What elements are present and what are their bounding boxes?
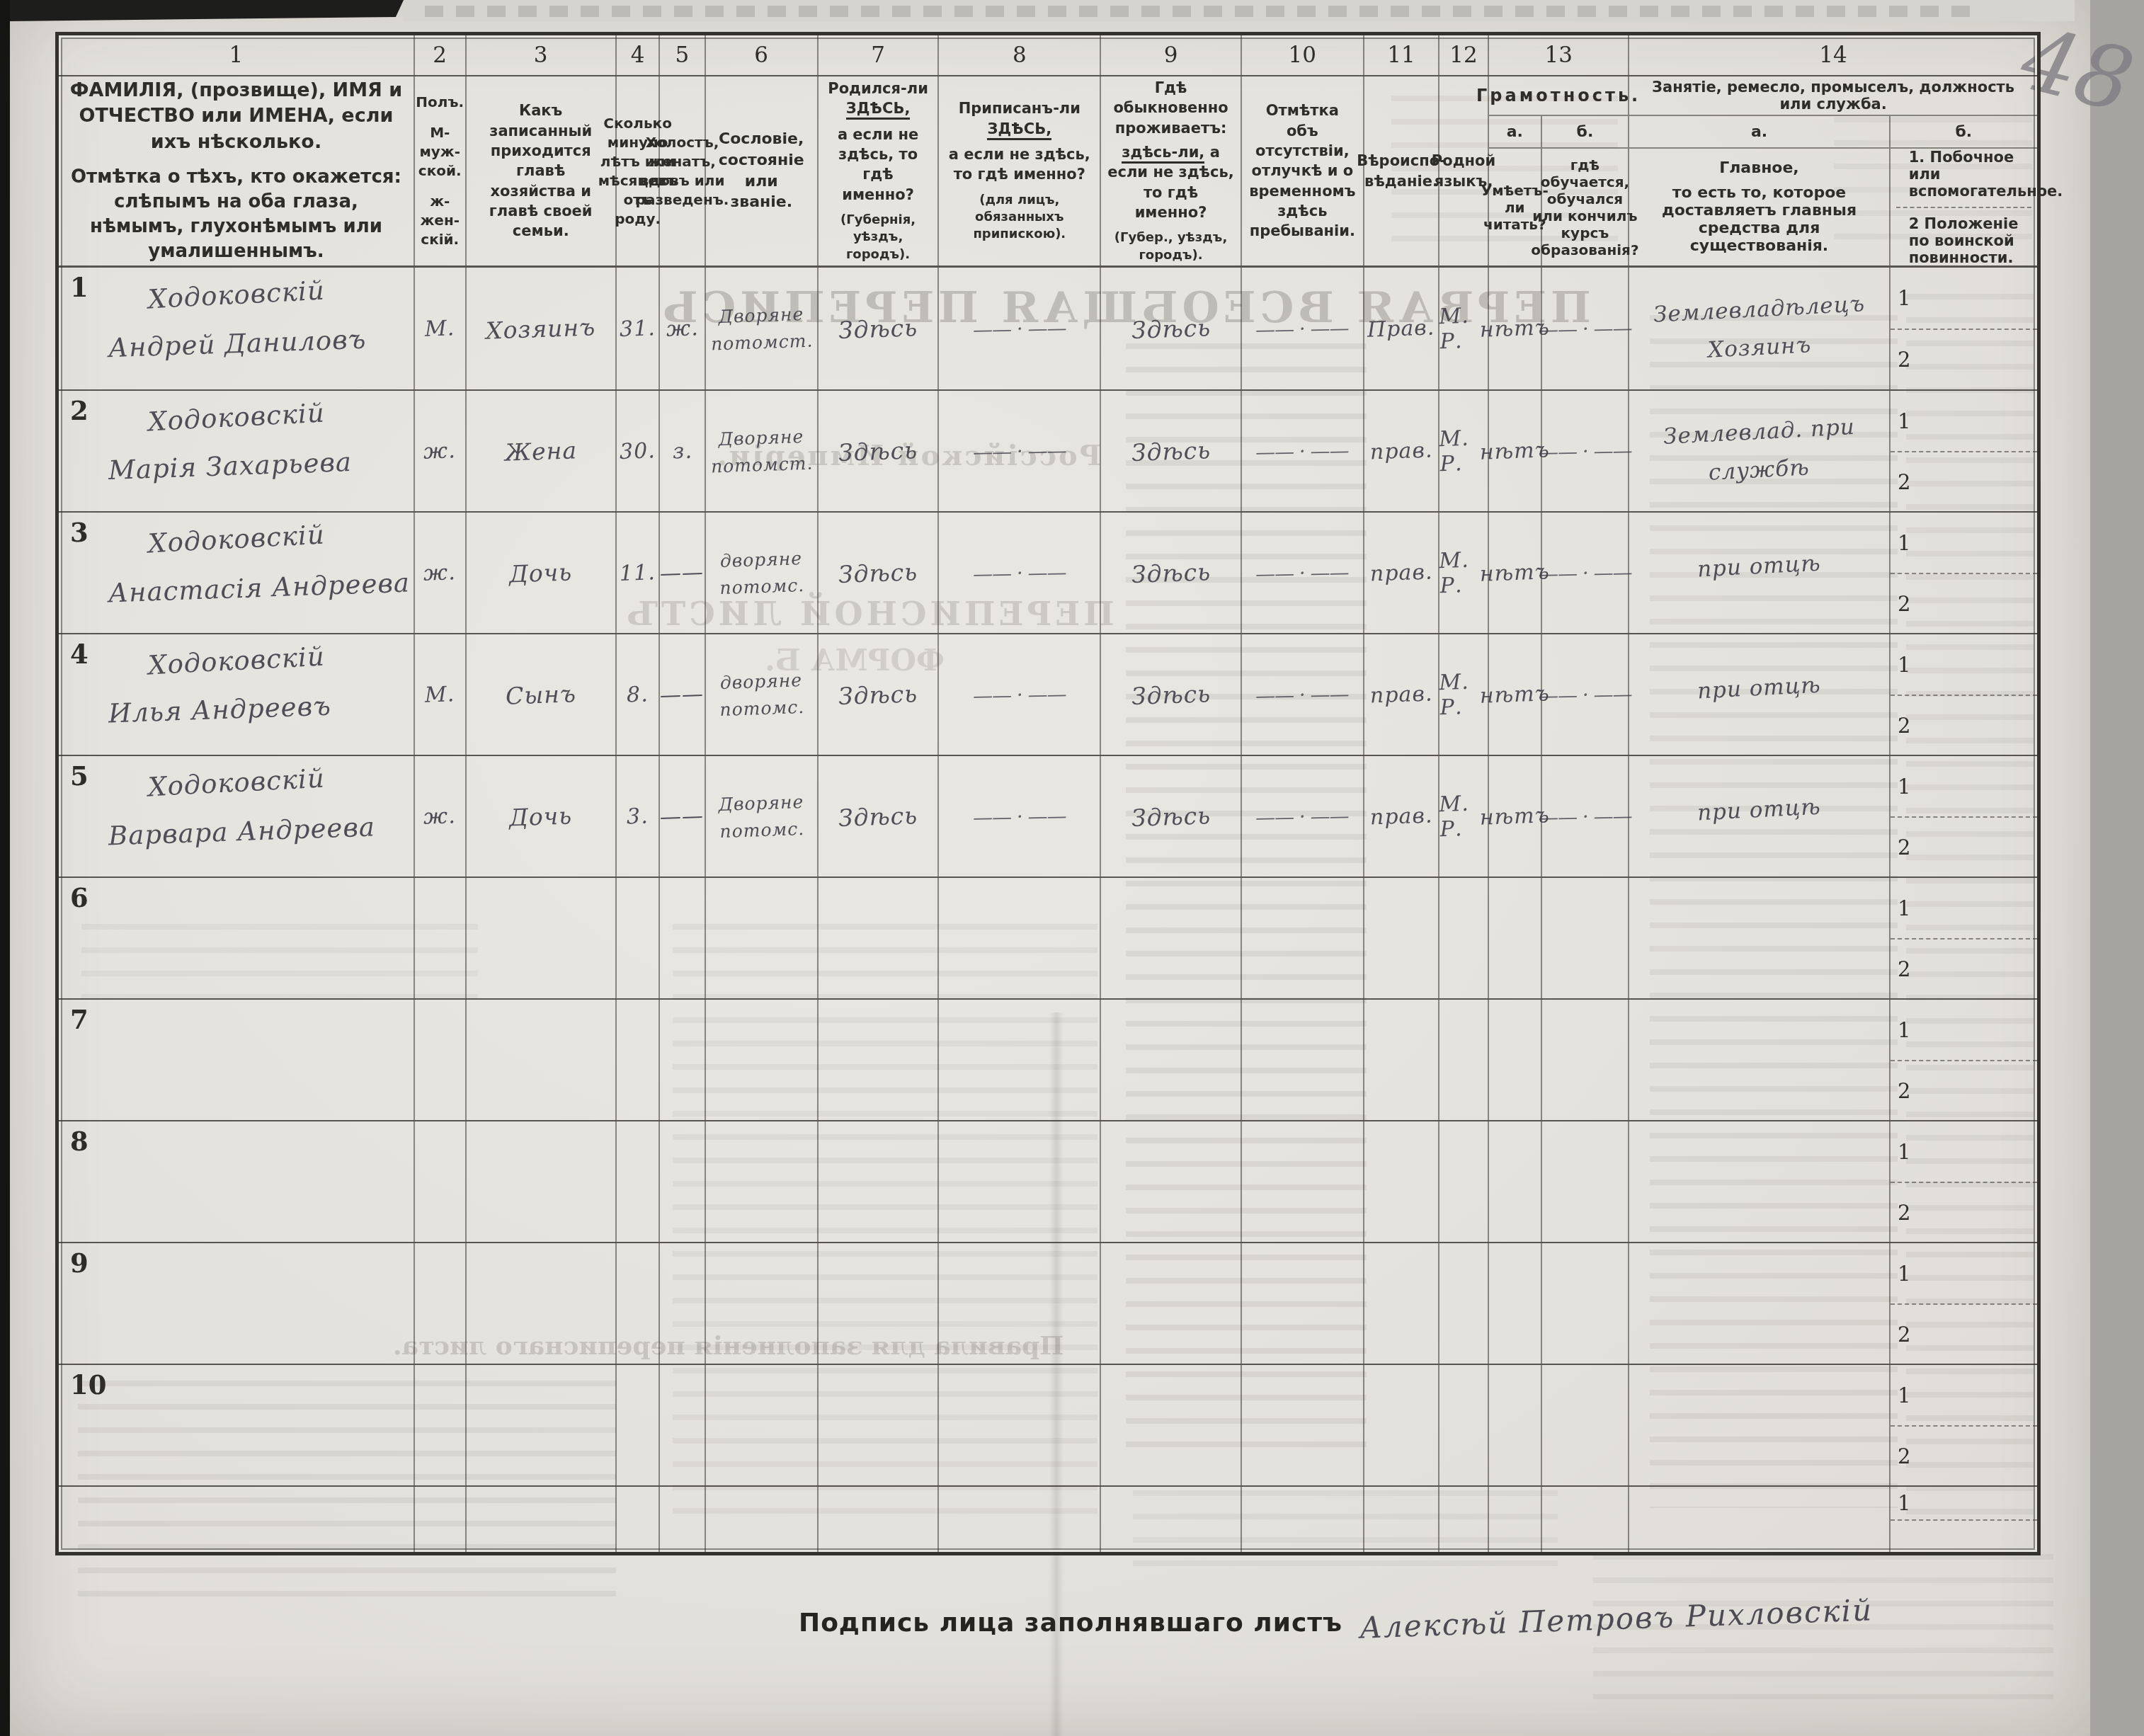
cell-absence: —— · —— — [1242, 513, 1364, 633]
header-absence-column: Отмѣтка объ отсутствіи, отлучкѣ и о врем… — [1242, 76, 1364, 265]
cell-education: —— · —— — [1542, 756, 1629, 876]
cell-side-occupation: 1 — [1891, 1487, 2037, 1552]
cell-reads — [1489, 1000, 1542, 1120]
entry-education: —— · —— — [1539, 438, 1632, 463]
entry-estate: Дворяне потомст. — [705, 423, 818, 479]
entry-residence: Здѣсь — [1131, 680, 1211, 710]
column-titles-row: ФАМИЛІЯ, (прозвище), ИМЯ и ОТЧЕСТВО или … — [59, 76, 2037, 265]
cell-language — [1439, 1243, 1489, 1364]
header-occupation-a-text: Главное, то есть то, которое доставляетъ… — [1629, 149, 1890, 265]
entry-sex: М. — [424, 682, 455, 707]
cell-birthplace — [819, 1243, 939, 1364]
cell-name: 10 — [59, 1365, 415, 1485]
printed-digit-1: 1 — [1891, 1491, 1910, 1515]
side-occupation-lower — [1891, 1519, 2037, 1552]
cell-residence — [1101, 1487, 1241, 1552]
header-sex-title: Полъ. — [416, 93, 464, 112]
col-number-2: 2 — [415, 35, 467, 75]
header-reg-pre: Приписанъ-ли — [959, 100, 1080, 117]
cell-occupation — [1629, 878, 1891, 998]
printed-digit-1: 1 — [1891, 896, 1910, 920]
row-number: 6 — [70, 882, 89, 913]
header-relation-column: Какъ записанный приходится главѣ хозяйст… — [467, 76, 617, 265]
cell-name: 1 Ходоковскій Андрей Даниловъ — [59, 268, 415, 389]
entry-residence: Здѣсь — [1131, 314, 1211, 344]
header-occupation-group: Занятіе, ремесло, промыселъ, должность и… — [1629, 76, 2037, 265]
printed-digit-1: 1 — [1891, 1383, 1910, 1407]
cell-estate — [706, 1121, 819, 1242]
row-number: 8 — [70, 1126, 89, 1157]
cell-occupation — [1629, 1487, 1891, 1552]
cell-side-occupation: 1 2 — [1891, 1000, 2037, 1120]
entry-marital: —— — [660, 559, 705, 586]
cell-education: —— · —— — [1542, 513, 1629, 633]
cell-education: —— · —— — [1542, 268, 1629, 389]
printed-digit-1: 1 — [1891, 1262, 1910, 1286]
header-occupation-desc: Главное, то есть то, которое доставляетъ… — [1629, 149, 2037, 265]
col-number-13: 13 — [1489, 35, 1629, 75]
header-name-note: Отмѣтка о тѣхъ, кто окажется: слѣпымъ на… — [64, 165, 408, 264]
side-occupation-lower: 2 — [1891, 816, 2037, 876]
table-row: 3 Ходоковскій Анастасія Андреева ж. Дочь… — [59, 511, 2037, 633]
entry-surname: Ходоковскій — [147, 275, 326, 314]
table-row: 2 Ходоковскій Марія Захарьева ж. Жена 30… — [59, 389, 2037, 511]
cell-estate: Дворяне потомст. — [706, 391, 819, 511]
printed-digit-1: 1 — [1891, 1140, 1910, 1164]
header-born-here: ЗДѢСЬ, — [846, 100, 911, 120]
cell-birthplace — [819, 878, 939, 998]
cell-religion — [1364, 878, 1439, 998]
entry-relation: Дочь — [508, 558, 573, 588]
side-occupation-upper: 1 — [1891, 1365, 2037, 1425]
printed-digit-2: 2 — [1891, 835, 1910, 860]
cell-sex: ж. — [415, 756, 467, 876]
cell-residence: Здѣсь — [1101, 268, 1241, 389]
entry-sex: ж. — [423, 804, 457, 830]
cell-registered: —— · —— — [939, 268, 1101, 389]
entry-registered: —— · —— — [973, 560, 1066, 585]
side-occupation-upper: 1 — [1891, 634, 2037, 695]
header-literacy-a: а. — [1489, 116, 1542, 147]
side-occupation-lower: 2 — [1891, 1182, 2037, 1242]
cell-age — [617, 1121, 660, 1242]
col-number-7: 7 — [819, 35, 939, 75]
cell-sex — [415, 1000, 467, 1120]
printed-digit-2: 2 — [1891, 470, 1910, 494]
row-number: 5 — [70, 760, 89, 792]
cell-estate — [706, 1487, 819, 1552]
entry-residence: Здѣсь — [1131, 801, 1211, 832]
header-name-main: ФАМИЛІЯ, (прозвище), ИМЯ и ОТЧЕСТВО или … — [64, 78, 408, 155]
printed-digit-1: 1 — [1891, 409, 1910, 433]
cell-age: 11. — [617, 513, 660, 633]
header-born-rest: а если не здѣсь, то гдѣ именно? — [824, 125, 932, 205]
cell-marital — [660, 1487, 705, 1552]
header-occupation-a: а. — [1629, 116, 1890, 147]
entry-birthplace: Здѣсь — [838, 680, 918, 710]
cell-reads: нѣтъ — [1489, 513, 1542, 633]
cell-residence: Здѣсь — [1101, 391, 1241, 511]
cell-education: —— · —— — [1542, 391, 1629, 511]
table-row: 10 — [59, 1364, 2037, 1485]
entry-religion: прав. — [1369, 438, 1433, 464]
entry-religion: прав. — [1369, 681, 1433, 708]
cell-estate: Дворяне потомс. — [706, 756, 819, 876]
header-literacy-b-text: гдѣ обучается, обучался или кончилъ курс… — [1542, 149, 1629, 265]
entry-surname: Ходоковскій — [147, 763, 326, 802]
entry-sex: М. — [424, 316, 455, 341]
cell-marital — [660, 1365, 705, 1485]
cell-side-occupation: 1 2 — [1891, 513, 2037, 633]
header-occupation-b-text: 1. Побочное или вспомогательное. 2 Полож… — [1891, 149, 2037, 265]
cell-birthplace: Здѣсь — [819, 268, 939, 389]
header-res-line1: Гдѣ обыкновенно проживаетъ: — [1107, 78, 1234, 138]
row-number: 9 — [70, 1247, 89, 1279]
header-religion-column: Вѣроиспо-вѣданіе. — [1364, 76, 1439, 265]
cell-side-occupation: 1 2 — [1891, 268, 2037, 389]
cell-religion — [1364, 1000, 1439, 1120]
entry-absence: —— · —— — [1255, 438, 1349, 463]
cell-occupation — [1629, 1365, 1891, 1485]
side-occupation-upper: 1 — [1891, 513, 2037, 573]
entry-birthplace: Здѣсь — [838, 558, 918, 588]
entry-age: 11. — [620, 560, 656, 586]
header-occ-side-item: 1. Побочное или вспомогательное. — [1891, 142, 2037, 207]
side-occupation-upper: 1 — [1891, 1243, 2037, 1303]
cell-reads: нѣтъ — [1489, 756, 1542, 876]
cell-relation — [467, 1243, 617, 1364]
entry-occupation-line2: службѣ — [1709, 455, 1811, 485]
col-number-6: 6 — [706, 35, 819, 75]
cell-registered — [939, 1000, 1101, 1120]
entry-occupation-line1: Землевладѣлецъ — [1653, 291, 1866, 328]
cell-name: 6 — [59, 878, 415, 998]
cell-residence: Здѣсь — [1101, 513, 1241, 633]
cell-education — [1542, 1365, 1629, 1485]
col-number-4: 4 — [617, 35, 660, 75]
cell-age: 3. — [617, 756, 660, 876]
cell-sex: ж. — [415, 513, 467, 633]
cell-relation — [467, 1365, 617, 1485]
entry-absence: —— · —— — [1255, 316, 1349, 341]
cell-name: 5 Ходоковскій Варвара Андреева — [59, 756, 415, 876]
cell-relation: Дочь — [467, 756, 617, 876]
entry-residence: Здѣсь — [1131, 436, 1211, 467]
side-occupation-upper: 1 — [1891, 878, 2037, 938]
col-number-9: 9 — [1101, 35, 1241, 75]
entry-education: —— · —— — [1539, 682, 1632, 707]
table-header: 1 2 3 4 5 6 7 8 9 10 11 12 13 14 ФАМИЛІЯ… — [59, 35, 2037, 268]
cell-age: 31. — [617, 268, 660, 389]
entry-education: —— · —— — [1539, 560, 1632, 585]
cell-residence — [1101, 878, 1241, 998]
cell-reads — [1489, 1365, 1542, 1485]
cell-birthplace: Здѣсь — [819, 513, 939, 633]
cell-age — [617, 1487, 660, 1552]
side-occupation-lower: 2 — [1891, 329, 2037, 389]
header-reg-paren: (для лицъ, обязанныхъ припискою). — [945, 192, 1094, 244]
cell-absence: —— · —— — [1242, 756, 1364, 876]
cell-side-occupation: 1 2 — [1891, 756, 2037, 876]
cell-absence: —— · —— — [1242, 391, 1364, 511]
header-birthplace-column: Родился-ли ЗДѢСЬ, а если не здѣсь, то гд… — [819, 76, 939, 265]
cell-residence: Здѣсь — [1101, 634, 1241, 755]
cell-relation — [467, 878, 617, 998]
entry-religion: прав. — [1369, 803, 1433, 830]
cell-marital: —— — [660, 513, 705, 633]
cell-age — [617, 1243, 660, 1364]
cell-marital: —— — [660, 756, 705, 876]
side-occupation-upper: 1 — [1891, 1121, 2037, 1182]
entry-estate: Дворяне потомст. — [705, 300, 818, 357]
column-numbers-row: 1 2 3 4 5 6 7 8 9 10 11 12 13 14 — [59, 35, 2037, 76]
cell-occupation — [1629, 1000, 1891, 1120]
cell-sex: М. — [415, 268, 467, 389]
entry-given-name: Марія Захарьева — [108, 447, 352, 486]
census-table: 1 2 3 4 5 6 7 8 9 10 11 12 13 14 ФАМИЛІЯ… — [55, 32, 2041, 1555]
cell-registered: —— · —— — [939, 391, 1101, 511]
table-row: 5 Ходоковскій Варвара Андреева ж. Дочь 3… — [59, 755, 2037, 876]
cell-estate: дворяне потомс. — [706, 634, 819, 755]
cell-registered — [939, 1243, 1101, 1364]
printed-digit-2: 2 — [1891, 592, 1910, 616]
table-row: 8 — [59, 1120, 2037, 1242]
cell-birthplace: Здѣсь — [819, 634, 939, 755]
cell-education — [1542, 1243, 1629, 1364]
printed-digit-2: 2 — [1891, 348, 1910, 372]
entry-occupation-line1: при отцѣ — [1697, 550, 1822, 582]
header-res-paren: (Губер., уѣздъ, городъ). — [1107, 229, 1234, 264]
adjacent-page-text-lines — [425, 6, 1983, 17]
entry-estate: Дворяне потомс. — [705, 788, 818, 845]
header-residence-column: Гдѣ обыкновенно проживаетъ: здѣсь-ли, а … — [1101, 76, 1241, 265]
entry-surname: Ходоковскій — [147, 397, 326, 437]
cell-reads — [1489, 1487, 1542, 1552]
printed-digit-2: 2 — [1891, 1444, 1910, 1468]
cell-occupation — [1629, 1243, 1891, 1364]
cell-birthplace: Здѣсь — [819, 756, 939, 876]
header-literacy-ab: а. б. — [1489, 116, 1628, 149]
entry-age: 8. — [627, 682, 649, 707]
cell-reads: нѣтъ — [1489, 634, 1542, 755]
side-occupation-upper: 1 — [1891, 391, 2037, 451]
cell-side-occupation: 1 2 — [1891, 1243, 2037, 1364]
entry-sex: ж. — [423, 560, 457, 586]
entry-relation: Сынъ — [505, 680, 576, 709]
entry-given-name: Илья Андреевъ — [108, 691, 331, 729]
cell-age — [617, 1365, 660, 1485]
cell-estate — [706, 878, 819, 998]
cell-side-occupation: 1 2 — [1891, 1365, 2037, 1485]
printed-digit-2: 2 — [1891, 1079, 1910, 1103]
cell-religion: прав. — [1364, 634, 1439, 755]
cell-absence — [1242, 1121, 1364, 1242]
header-sex-male: М-муж-ской. — [418, 123, 462, 181]
entry-sex: ж. — [423, 438, 457, 464]
cell-sex — [415, 878, 467, 998]
cell-occupation: Землевладѣлецъ Хозяинъ — [1629, 268, 1891, 389]
cell-name: 3 Ходоковскій Анастасія Андреева — [59, 513, 415, 633]
cell-language — [1439, 1365, 1489, 1485]
col-number-10: 10 — [1242, 35, 1364, 75]
entry-residence: Здѣсь — [1131, 558, 1211, 588]
cell-side-occupation: 1 2 — [1891, 634, 2037, 755]
header-literacy-b: б. — [1542, 116, 1629, 147]
cell-occupation: при отцѣ — [1629, 513, 1891, 633]
header-estate-column: Сословіе, состояніе или званіе. — [706, 76, 819, 265]
cell-registered — [939, 1121, 1101, 1242]
cell-occupation: Землевлад. при службѣ — [1629, 391, 1891, 511]
cell-education — [1542, 878, 1629, 998]
table-row: 9 — [59, 1242, 2037, 1364]
entry-relation: Жена — [504, 436, 577, 467]
cell-absence — [1242, 1000, 1364, 1120]
header-reg-here: ЗДѢСЬ, — [987, 120, 1051, 140]
header-born-paren: (Губернія, уѣздъ, городъ). — [824, 212, 932, 263]
cell-absence — [1242, 1365, 1364, 1485]
entry-estate: дворяне потомс. — [705, 666, 818, 723]
cell-residence — [1101, 1365, 1241, 1485]
entry-given-name: Варвара Андреева — [108, 811, 375, 851]
cell-marital — [660, 1000, 705, 1120]
cell-language — [1439, 1487, 1489, 1552]
cell-language — [1439, 878, 1489, 998]
entry-relation: Хозяинъ — [485, 313, 595, 344]
cell-estate — [706, 1365, 819, 1485]
cell-residence — [1101, 1243, 1241, 1364]
entry-surname: Ходоковскій — [147, 519, 326, 559]
entry-birthplace: Здѣсь — [838, 436, 918, 467]
col-number-8: 8 — [939, 35, 1101, 75]
header-born-pre: Родился-ли — [828, 80, 928, 97]
header-registered-column: Приписанъ-ли ЗДѢСЬ, а если не здѣсь, то … — [939, 76, 1101, 265]
cell-reads — [1489, 878, 1542, 998]
header-literacy-desc: Умѣетъ-ли читать? гдѣ обучается, обучалс… — [1489, 149, 1628, 265]
entry-marital: —— — [660, 803, 705, 829]
cell-occupation: при отцѣ — [1629, 634, 1891, 755]
header-occ-main-rest: то есть то, которое доставляетъ главныя … — [1635, 184, 1883, 255]
side-occupation-lower: 2 — [1891, 1060, 2037, 1120]
col-number-12: 12 — [1439, 35, 1489, 75]
entry-birthplace: Здѣсь — [838, 801, 918, 832]
entry-marital: з. — [672, 438, 692, 464]
cell-education — [1542, 1121, 1629, 1242]
entry-occupation-line2: Хозяинъ — [1707, 332, 1812, 363]
entry-age: 30. — [620, 438, 656, 464]
cell-registered: —— · —— — [939, 634, 1101, 755]
cell-relation — [467, 1000, 617, 1120]
scan-edge-left — [0, 0, 10, 1736]
cell-sex — [415, 1121, 467, 1242]
cell-reads — [1489, 1121, 1542, 1242]
cell-registered — [939, 878, 1101, 998]
printed-digit-1: 1 — [1891, 775, 1910, 799]
col-number-5: 5 — [660, 35, 705, 75]
cell-birthplace — [819, 1000, 939, 1120]
row-number: 2 — [70, 395, 89, 426]
cell-age — [617, 878, 660, 998]
cell-name — [59, 1487, 415, 1552]
entry-given-name: Андрей Даниловъ — [108, 324, 367, 364]
printed-digit-2: 2 — [1891, 714, 1910, 738]
signature-row: Подпись лица заполнявшаго листъ Алексѣй … — [799, 1609, 1873, 1638]
cell-estate — [706, 1243, 819, 1364]
cell-name: 9 — [59, 1243, 415, 1364]
cell-estate: дворяне потомс. — [706, 513, 819, 633]
entry-absence: —— · —— — [1255, 804, 1349, 828]
header-reg-rest: а если не здѣсь, то гдѣ именно? — [945, 144, 1094, 185]
cell-sex: М. — [415, 634, 467, 755]
cell-reads: нѣтъ — [1489, 268, 1542, 389]
cell-marital: з. — [660, 391, 705, 511]
entry-registered: —— · —— — [973, 316, 1066, 341]
table-body: 1 Ходоковскій Андрей Даниловъ М. Хозяинъ… — [59, 268, 2037, 1552]
cell-relation: Дочь — [467, 513, 617, 633]
cell-birthplace — [819, 1121, 939, 1242]
entry-marital: —— — [660, 681, 705, 707]
entry-registered: —— · —— — [973, 804, 1066, 828]
cell-residence: Здѣсь — [1101, 756, 1241, 876]
cell-name: 7 — [59, 1000, 415, 1120]
cell-religion: Прав. — [1364, 268, 1439, 389]
cell-age: 30. — [617, 391, 660, 511]
cell-registered: —— · —— — [939, 513, 1101, 633]
cell-birthplace — [819, 1365, 939, 1485]
entry-religion: прав. — [1369, 559, 1433, 586]
entry-registered: —— · —— — [973, 682, 1066, 707]
header-res-here: здѣсь-ли, — [1122, 144, 1204, 164]
row-number: 4 — [70, 639, 89, 670]
cell-marital: ж. — [660, 268, 705, 389]
col-number-3: 3 — [467, 35, 617, 75]
cell-marital — [660, 1121, 705, 1242]
cell-relation: Хозяинъ — [467, 268, 617, 389]
entry-religion: Прав. — [1367, 315, 1435, 342]
header-sex-column: Полъ. М-муж-ской. ж-жен-скій. — [415, 76, 467, 265]
cell-sex: ж. — [415, 391, 467, 511]
col-number-14: 14 — [1629, 35, 2037, 75]
entry-marital: ж. — [666, 316, 699, 342]
cell-language — [1439, 1121, 1489, 1242]
cell-registered: —— · —— — [939, 756, 1101, 876]
side-occupation-upper: 1 — [1891, 1000, 2037, 1060]
entry-occupation-line1: при отцѣ — [1697, 672, 1822, 704]
header-marital-column: Холостъ, женатъ, вдовъ или разведенъ. — [660, 76, 705, 265]
census-sheet-scan: ПЕРВАЯ ВСЕОБЩАЯ ПЕРЕПИСЬ Россійской Импе… — [0, 0, 2144, 1736]
cell-birthplace: Здѣсь — [819, 391, 939, 511]
printed-digit-1: 1 — [1891, 531, 1910, 555]
side-occupation-lower: 2 — [1891, 573, 2037, 633]
cell-residence — [1101, 1000, 1241, 1120]
cell-absence — [1242, 1243, 1364, 1364]
cell-side-occupation: 1 2 — [1891, 391, 2037, 511]
printed-digit-1: 1 — [1891, 653, 1910, 677]
cell-language — [1439, 1000, 1489, 1120]
cell-reads — [1489, 1243, 1542, 1364]
cell-sex — [415, 1243, 467, 1364]
cell-education: —— · —— — [1542, 634, 1629, 755]
cell-marital — [660, 1243, 705, 1364]
signature-label: Подпись лица заполнявшаго листъ — [799, 1609, 1342, 1638]
printed-digit-2: 2 — [1891, 1323, 1910, 1347]
table-row: 6 — [59, 876, 2037, 998]
entry-given-name: Анастасія Андреева — [108, 568, 410, 609]
cell-marital: —— — [660, 634, 705, 755]
cell-reads: нѣтъ — [1489, 391, 1542, 511]
printed-digit-1: 1 — [1891, 286, 1910, 310]
printed-digit-1: 1 — [1891, 1018, 1910, 1042]
cell-occupation — [1629, 1121, 1891, 1242]
